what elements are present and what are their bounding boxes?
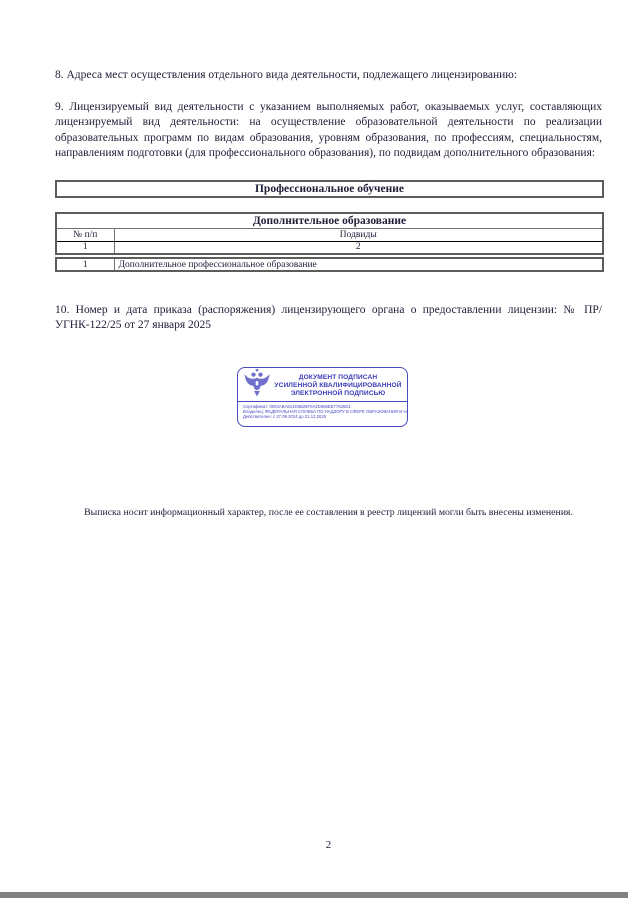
stamp-validity-line: Действителен: с 27.09.2024 до 21.12.2025 bbox=[243, 414, 406, 419]
column-header-number: № п/п bbox=[56, 229, 114, 242]
table-title-professional-training: Профессиональное обучение bbox=[56, 181, 603, 197]
row-subtype-cell: Дополнительное профессиональное образова… bbox=[114, 258, 603, 271]
paragraph-10-order-number: 10. Номер и дата приказа (распоряжения) … bbox=[55, 303, 602, 334]
stamp-title-line-1: ДОКУМЕНТ ПОДПИСАН bbox=[299, 374, 377, 381]
row-index-cell: 1 bbox=[56, 258, 114, 271]
column-number-1: 1 bbox=[56, 242, 114, 254]
paragraph-8-addresses: 8. Адреса мест осуществления отдельного … bbox=[55, 68, 602, 83]
stamp-header: ДОКУМЕНТ ПОДПИСАН УСИЛЕННОЙ КВАЛИФИЦИРОВ… bbox=[238, 368, 407, 401]
paragraph-9-licensed-activity: 9. Лицензируемый вид деятельности с указ… bbox=[55, 100, 602, 162]
table-row: 1 2 bbox=[56, 242, 603, 254]
table-additional-education-header: Дополнительное образование № п/п Подвиды… bbox=[55, 212, 604, 255]
table-row: Профессиональное обучение bbox=[56, 181, 603, 197]
pdf-page-gap-bar bbox=[0, 892, 628, 898]
informational-note: Выписка носит информационный характер, п… bbox=[55, 507, 602, 518]
table-row: Дополнительное образование bbox=[56, 213, 603, 229]
digital-signature-stamp: ДОКУМЕНТ ПОДПИСАН УСИЛЕННОЙ КВАЛИФИЦИРОВ… bbox=[237, 367, 408, 427]
stamp-title: ДОКУМЕНТ ПОДПИСАН УСИЛЕННОЙ КВАЛИФИЦИРОВ… bbox=[274, 374, 402, 398]
stamp-title-line-2: УСИЛЕННОЙ КВАЛИФИЦИРОВАННОЙ bbox=[274, 382, 401, 389]
page-number: 2 bbox=[55, 839, 602, 851]
stamp-title-line-3: ЭЛЕКТРОННОЙ ПОДПИСЬЮ bbox=[291, 390, 386, 397]
column-header-subtypes: Подвиды bbox=[114, 229, 603, 242]
table-professional-training: Профессиональное обучение bbox=[55, 180, 604, 198]
column-number-2: 2 bbox=[114, 242, 603, 254]
stamp-certificate-block: Сертификат: 0093ABA814D5B26F0A2D666EE776… bbox=[238, 402, 407, 424]
table-row: 1 Дополнительное профессиональное образо… bbox=[56, 258, 603, 271]
coat-of-arms-eagle-icon bbox=[243, 368, 271, 403]
table-additional-education-data: 1 Дополнительное профессиональное образо… bbox=[55, 257, 604, 272]
table-row: № п/п Подвиды bbox=[56, 229, 603, 242]
table-title-additional-education: Дополнительное образование bbox=[56, 213, 603, 229]
